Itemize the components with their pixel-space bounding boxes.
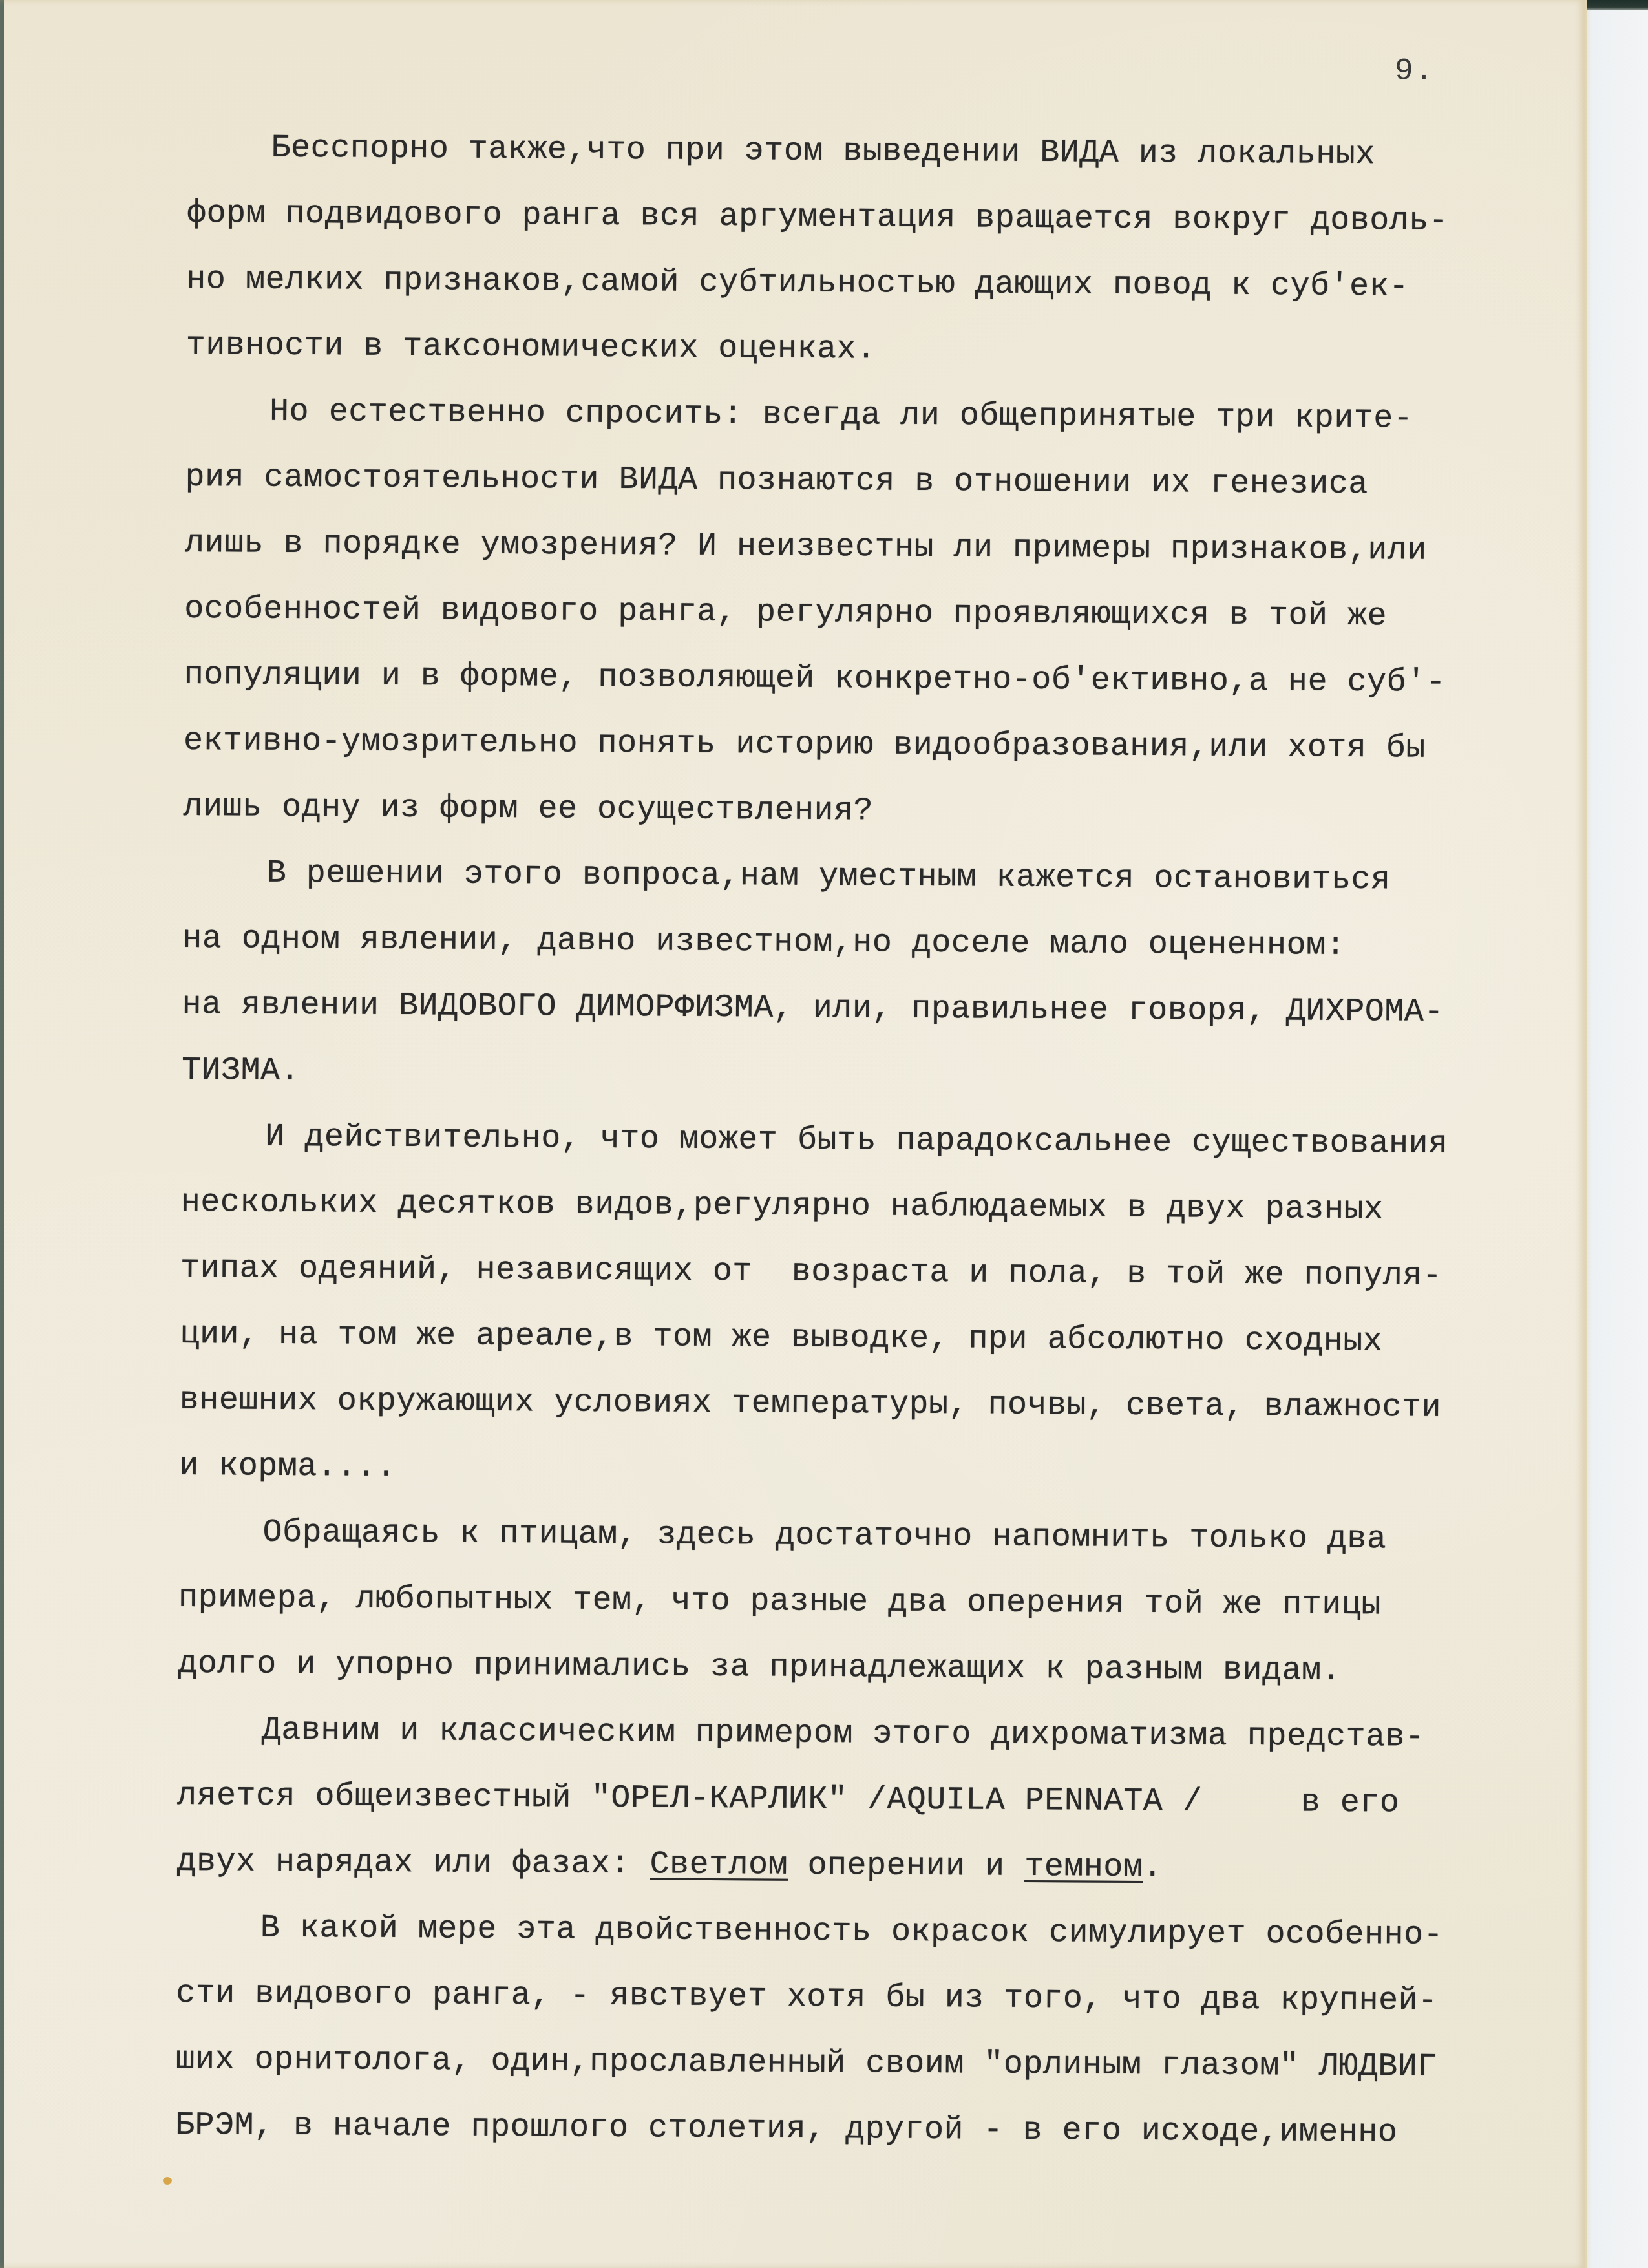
paragraph: Обращаясь к птицам, здесь достаточно нап… — [178, 1500, 1575, 1706]
text-line: на явлении ВИДОВОГО ДИМОРФИЗМА, или, пра… — [182, 972, 1578, 1046]
typewritten-page: 9. Бесспорно также,что при этом выведени… — [0, 0, 1587, 2268]
text-line: на одном явлении, давно известном,но дос… — [182, 906, 1579, 980]
text-segment: двух нарядах или фазах: — [176, 1843, 650, 1883]
text-line: Обращаясь к птицам, здесь достаточно нап… — [178, 1500, 1575, 1574]
text-line: И действительно, что может быть парадокс… — [181, 1104, 1578, 1178]
paragraph: В решении этого вопроса,нам уместным каж… — [182, 840, 1579, 1112]
text-line: Бесспорно также,что при этом выведении В… — [187, 115, 1583, 189]
paragraph: И действительно, что может быть парадокс… — [179, 1104, 1578, 1508]
text-line: тивности в таксономических оценках. — [186, 313, 1583, 387]
page-number: 9. — [1395, 54, 1435, 89]
paper-stain — [163, 2177, 172, 2185]
text-line: Давним и классическим примером этого дих… — [177, 1697, 1574, 1772]
text-line: долго и упорно принимались за принадлежа… — [178, 1631, 1574, 1706]
text-line: сти видового ранга, - явствует хотя бы и… — [176, 1961, 1572, 2035]
text-line: типах одеяний, независящих от возраста и… — [180, 1236, 1577, 1310]
text-line: БРЭМ, в начале прошлого столетия, другой… — [175, 2093, 1572, 2167]
text-line: форм подвидового ранга вся аргументация … — [187, 181, 1583, 255]
text-line: популяции и в форме, позволяющей конкрет… — [184, 642, 1580, 717]
paragraph: Давним и классическим примером этого дих… — [176, 1697, 1574, 1903]
text-line: ляется общеизвестный "ОРЕЛ-КАРЛИК" /AQUI… — [177, 1763, 1574, 1838]
text-line: но мелких признаков,самой субтильностью … — [186, 247, 1583, 321]
text-line: внешних окружающих условиях температуры,… — [180, 1368, 1576, 1442]
paragraph: Но естественно спросить: всегда ли общеп… — [183, 379, 1581, 849]
paragraph: В какой мере эта двойственность окрасок … — [175, 1895, 1572, 2167]
text-line: и корма.... — [179, 1434, 1576, 1508]
text-line: лишь одну из форм ее осуществления? — [183, 774, 1579, 849]
text-line: ших орнитолога, один,прославленный своим… — [175, 2027, 1572, 2101]
text-segment: . — [1143, 1849, 1163, 1886]
text-line: ективно-умозрительно понять историю видо… — [184, 708, 1580, 783]
text-line: Но естественно спросить: всегда ли общеп… — [185, 379, 1582, 453]
text-line: примера, любопытных тем, что разные два … — [178, 1565, 1575, 1640]
text-line: особенностей видового ранга, регулярно п… — [184, 577, 1581, 651]
scanner-background — [1585, 0, 1648, 2268]
document-body: Бесспорно также,что при этом выведении В… — [175, 115, 1583, 2167]
text-line: В какой мере эта двойственность окрасок … — [176, 1895, 1573, 1969]
text-line: нескольких десятков видов,регулярно набл… — [180, 1170, 1577, 1244]
text-line: лишь в порядке умозрения? И неизвестны л… — [185, 511, 1581, 585]
text-segment: оперении и — [788, 1847, 1024, 1885]
underlined-word-dark: темном — [1024, 1849, 1143, 1886]
scanner-edge-shadow — [1577, 0, 1648, 10]
text-line: рия самостоятельности ВИДА познаются в о… — [185, 445, 1581, 519]
text-line: В решении этого вопроса,нам уместным каж… — [183, 840, 1579, 915]
text-line-with-underlines: двух нарядах или фазах: Светлом оперении… — [176, 1829, 1573, 1903]
paragraph: Бесспорно также,что при этом выведении В… — [186, 115, 1583, 387]
text-line: ции, на том же ареале,в том же выводке, … — [180, 1302, 1576, 1376]
underlined-word-light: Светлом — [650, 1846, 788, 1883]
text-line: ТИЗМА. — [182, 1038, 1578, 1112]
